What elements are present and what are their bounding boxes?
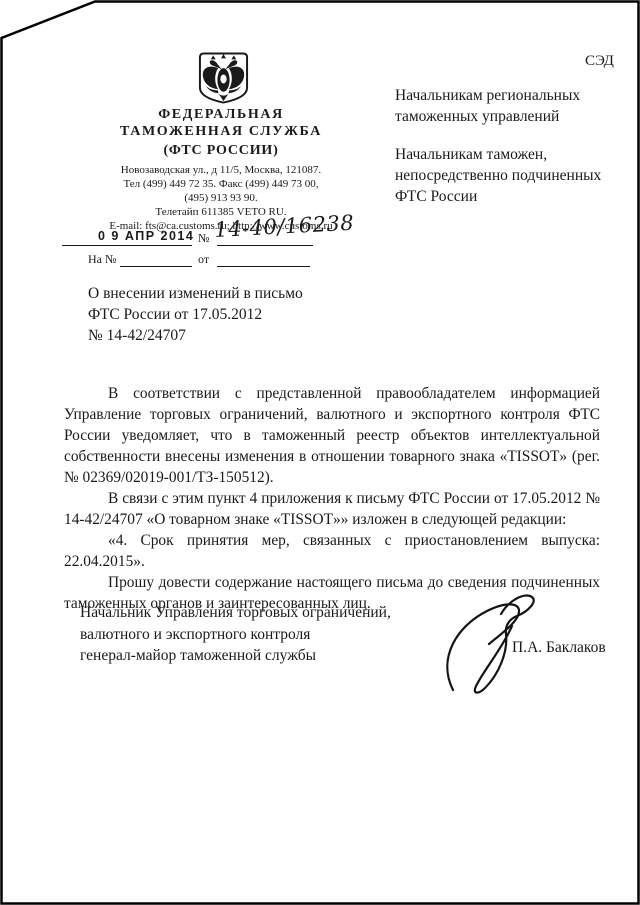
- subject-line3: № 14-42/24707: [88, 325, 388, 346]
- org-abbreviation: (ФТС РОССИИ): [62, 143, 380, 159]
- letter-body: В соответствии с представленной правообл…: [64, 383, 600, 614]
- signer-position-line1: Начальник Управления торговых ограничени…: [80, 602, 391, 624]
- subject-block: О внесении изменений в письмо ФТС России…: [88, 283, 388, 346]
- addressee-line: Начальникам таможен,: [395, 144, 601, 165]
- signer-position-line3: генерал-майор таможенной службы: [80, 645, 391, 667]
- addressee-block-customs: Начальникам таможен, непосредственно под…: [395, 144, 601, 207]
- addressee-line: Начальникам региональных: [395, 85, 580, 106]
- org-name-line1: ФЕДЕРАЛЬНАЯ: [62, 107, 380, 123]
- signer-position-line2: валютного и экспортного контроля: [80, 624, 391, 646]
- signer-name: П.А. Баклаков: [512, 639, 606, 657]
- addressee-line: таможенных управлений: [395, 106, 580, 127]
- addressee-line: ФТС России: [395, 186, 601, 207]
- reply-from-underline: [217, 266, 310, 267]
- subject-line1: О внесении изменений в письмо: [88, 283, 388, 304]
- org-phone-line2: (495) 913 93 90.: [62, 191, 380, 205]
- org-address-line: Новозаводская ул., д 11/5, Москва, 12108…: [62, 163, 380, 177]
- scanned-letter-page: СЭД ФЕДЕРАЛЬНАЯ ТАМОЖЕННАЯ СЛУЖБА (ФТС Р…: [0, 0, 640, 905]
- addressee-block-regional: Начальникам региональных таможенных упра…: [395, 85, 580, 127]
- number-underline: [217, 245, 313, 246]
- reply-from-label: от: [198, 252, 209, 267]
- reply-to-label: На №: [88, 252, 116, 267]
- body-paragraph-2: В связи с этим пункт 4 приложения к пись…: [64, 488, 600, 530]
- date-stamp: 0 9 АПР 2014: [98, 229, 194, 243]
- org-phone-line: Тел (499) 449 72 35. Факс (499) 449 73 0…: [62, 177, 380, 191]
- signer-position-block: Начальник Управления торговых ограничени…: [80, 602, 391, 667]
- body-paragraph-3: «4. Срок принятия мер, связанных с приос…: [64, 530, 600, 572]
- subject-line2: ФТС России от 17.05.2012: [88, 304, 388, 325]
- sed-label: СЭД: [585, 53, 614, 70]
- reply-to-underline: [120, 266, 192, 267]
- date-underline: [62, 245, 192, 246]
- russia-coat-of-arms-icon: [197, 50, 250, 106]
- org-name-line2: ТАМОЖЕННАЯ СЛУЖБА: [62, 124, 380, 140]
- addressee-line: непосредственно подчиненных: [395, 165, 601, 186]
- body-paragraph-1: В соответствии с представленной правообл…: [64, 383, 600, 488]
- number-sign: №: [198, 231, 209, 246]
